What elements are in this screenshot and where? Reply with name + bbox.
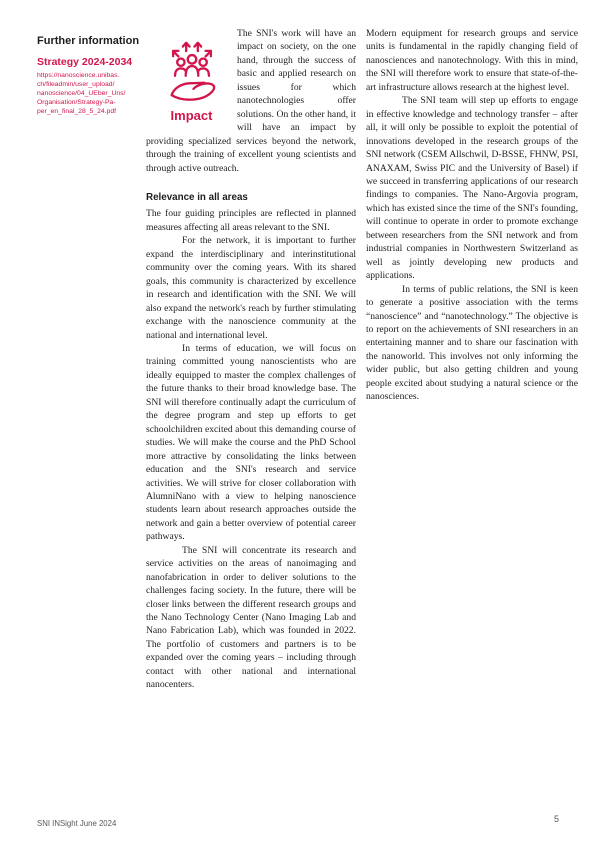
article-column-right: Modern equipment for research groups and… [366, 27, 578, 404]
impact-label: Impact [146, 109, 237, 123]
strategy-link[interactable]: Strategy 2024-2034 [37, 56, 143, 68]
paragraph: Modern equipment for research groups and… [366, 27, 578, 94]
page: Further information Strategy 2024-2034 h… [0, 0, 600, 848]
section-heading-relevance: Relevance in all areas [146, 191, 356, 204]
impact-hand-people-arrows-icon [161, 96, 223, 107]
paragraph: The four guiding principles are reflecte… [146, 207, 356, 234]
strategy-url-link[interactable]: https://nanoscience.unibas. ch/fileadmin… [37, 71, 143, 117]
article-column-left: Impact The SNI's work will have an impac… [146, 27, 356, 692]
paragraph: The SNI will concentrate its research an… [146, 544, 356, 692]
footer-publication: SNI INSight June 2024 [37, 819, 116, 828]
paragraph: For the network, it is important to furt… [146, 234, 356, 342]
paragraph: The SNI team will step up efforts to eng… [366, 94, 578, 282]
paragraph: In terms of public relations, the SNI is… [366, 283, 578, 404]
impact-block: Impact [146, 27, 237, 127]
paragraph: In terms of education, we will focus on … [146, 342, 356, 544]
sidebar-further-information: Further information Strategy 2024-2034 h… [37, 34, 143, 117]
page-number: 5 [554, 814, 559, 824]
sidebar-heading: Further information [37, 34, 143, 50]
